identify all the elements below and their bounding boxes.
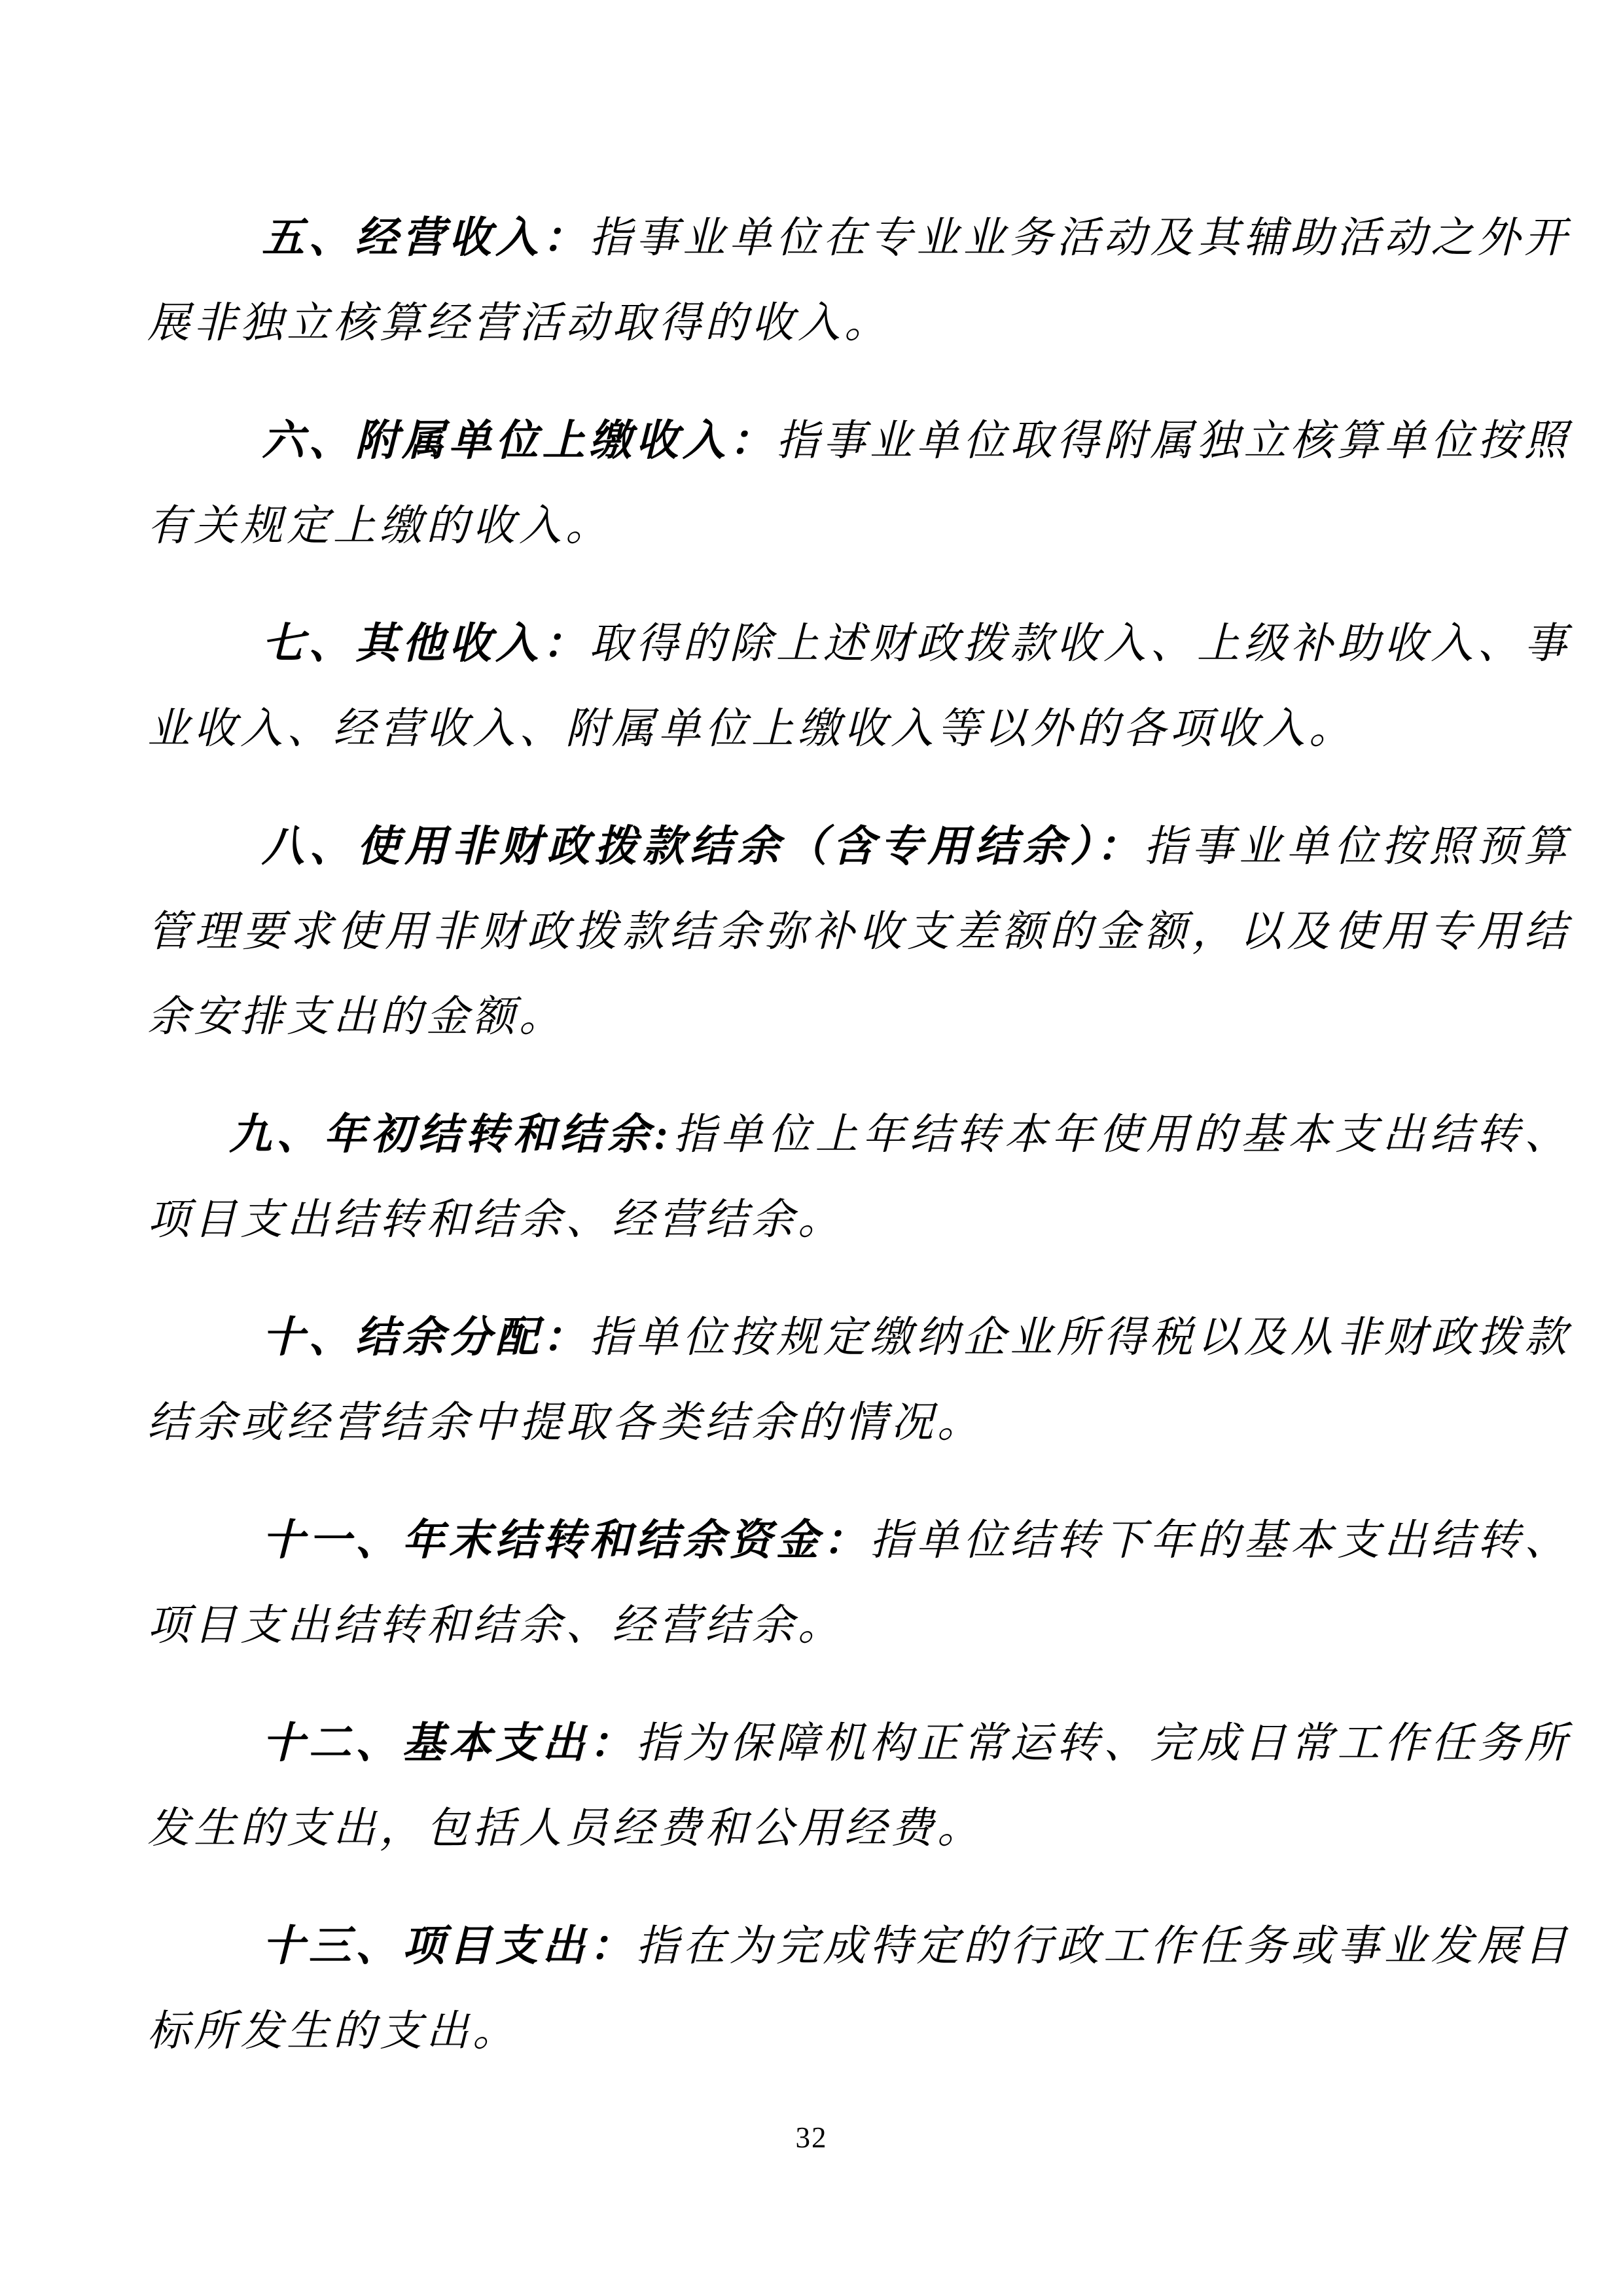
document-page: 五、经营收入：指事业单位在专业业务活动及其辅助活动之外开展非独立核算经营活动取得… [0, 0, 1623, 2296]
definition-paragraph: 七、其他收入：取得的除上述财政拨款收入、上级补助收入、事业收入、经营收入、附属单… [147, 601, 1571, 772]
term-label: 八、使用非财政拨款结余（含专用结余）： [262, 823, 1144, 870]
page-number: 32 [0, 2121, 1623, 2155]
definition-paragraph: 十二、基本支出：指为保障机构正常运转、完成日常工作任务所发生的支出，包括人员经费… [147, 1701, 1571, 1871]
term-label: 六、附属单位上缴收入： [262, 418, 776, 465]
term-label: 十二、基本支出： [262, 1720, 636, 1767]
definition-paragraph: 十三、项目支出：指在为完成特定的行政工作任务或事业发展目标所发生的支出。 [147, 1904, 1571, 2074]
definition-paragraph: 八、使用非财政拨款结余（含专用结余）：指事业单位按照预算管理要求使用非财政拨款结… [147, 804, 1571, 1060]
definition-paragraph: 五、经营收入：指事业单位在专业业务活动及其辅助活动之外开展非独立核算经营活动取得… [147, 196, 1571, 366]
term-label: 十、结余分配： [262, 1314, 589, 1361]
term-label: 五、经营收入： [262, 215, 589, 262]
definition-paragraph: 九、年初结转和结余:指单位上年结转本年使用的基本支出结转、项目支出结转和结余、经… [147, 1092, 1571, 1263]
term-label: 十一、年末结转和结余资金： [262, 1517, 870, 1564]
term-label: 十三、项目支出： [262, 1923, 636, 1970]
definition-paragraph: 六、附属单位上缴收入：指事业单位取得附属独立核算单位按照有关规定上缴的收入。 [147, 399, 1571, 569]
definition-paragraph: 十一、年末结转和结余资金：指单位结转下年的基本支出结转、项目支出结转和结余、经营… [147, 1498, 1571, 1668]
definitions-list: 五、经营收入：指事业单位在专业业务活动及其辅助活动之外开展非独立核算经营活动取得… [147, 196, 1571, 2107]
definition-paragraph: 十、结余分配：指单位按规定缴纳企业所得税以及从非财政拨款结余或经营结余中提取各类… [147, 1295, 1571, 1465]
term-label: 七、其他收入： [262, 620, 589, 668]
term-label: 九、年初结转和结余: [229, 1111, 673, 1158]
